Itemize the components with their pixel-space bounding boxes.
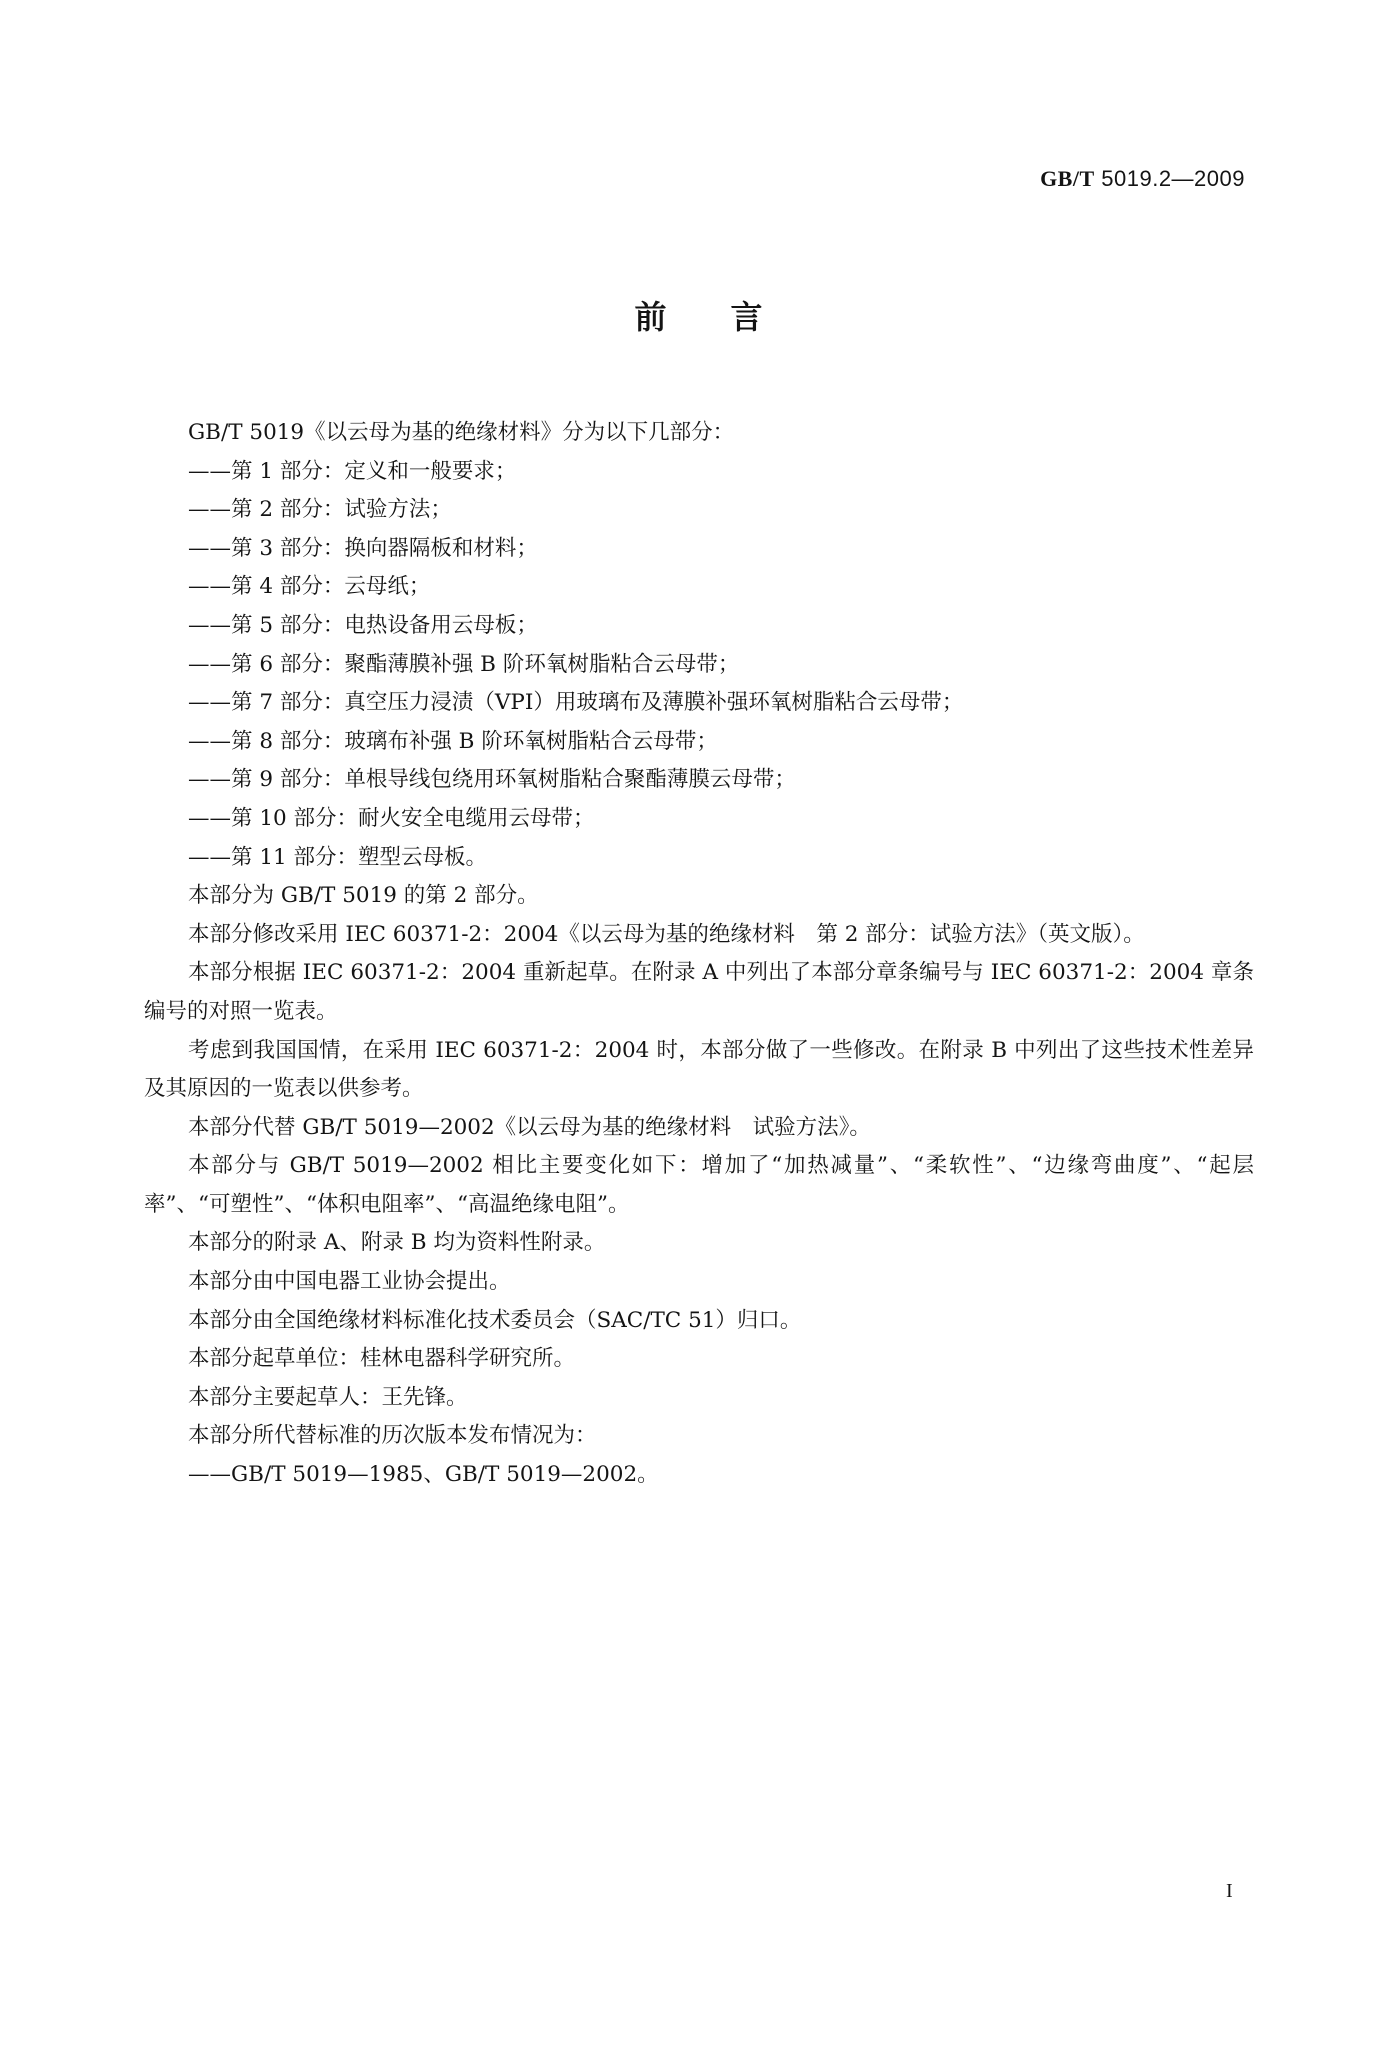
- part-list-item: ——第 4 部分：云母纸；: [144, 568, 1254, 607]
- part-statement: 本部分为 GB/T 5019 的第 2 部分。: [144, 877, 1254, 916]
- modification-statement: 考虑到我国国情，在采用 IEC 60371-2：2004 时，本部分做了一些修改…: [144, 1032, 1254, 1109]
- intro-paragraph: GB/T 5019《以云母为基的绝缘材料》分为以下几部分：: [144, 414, 1254, 453]
- part-list-item: ——第 11 部分：塑型云母板。: [144, 839, 1254, 878]
- standard-prefix: GB/T: [1040, 166, 1095, 191]
- part-list-item: ——第 10 部分：耐火安全电缆用云母带；: [144, 800, 1254, 839]
- history-statement: 本部分所代替标准的历次版本发布情况为：: [144, 1417, 1254, 1456]
- changes-statement: 本部分与 GB/T 5019—2002 相比主要变化如下：增加了“加热减量”、“…: [144, 1147, 1254, 1224]
- proposer-statement: 本部分由中国电器工业协会提出。: [144, 1263, 1254, 1302]
- part-list-item: ——第 6 部分：聚酯薄膜补强 B 阶环氧树脂粘合云母带；: [144, 646, 1254, 685]
- part-list-item: ——第 5 部分：电热设备用云母板；: [144, 607, 1254, 646]
- standard-number: 5019.2—2009: [1101, 166, 1245, 191]
- page-title: 前言: [0, 292, 1397, 338]
- drafter-statement: 本部分主要起草人：王先锋。: [144, 1379, 1254, 1418]
- part-list-item: ——第 2 部分：试验方法；: [144, 491, 1254, 530]
- part-list-item: ——第 3 部分：换向器隔板和材料；: [144, 530, 1254, 569]
- drafting-unit-statement: 本部分起草单位：桂林电器科学研究所。: [144, 1340, 1254, 1379]
- history-list-item: ——GB/T 5019—1985、GB/T 5019—2002。: [144, 1456, 1254, 1495]
- part-list-item: ——第 1 部分：定义和一般要求；: [144, 453, 1254, 492]
- replacement-statement: 本部分代替 GB/T 5019—2002《以云母为基的绝缘材料 试验方法》。: [144, 1109, 1254, 1148]
- part-list-item: ——第 7 部分：真空压力浸渍（VPI）用玻璃布及薄膜补强环氧树脂粘合云母带；: [144, 684, 1254, 723]
- part-list-item: ——第 9 部分：单根导线包绕用环氧树脂粘合聚酯薄膜云母带；: [144, 761, 1254, 800]
- part-list-item: ——第 8 部分：玻璃布补强 B 阶环氧树脂粘合云母带；: [144, 723, 1254, 762]
- annex-statement: 本部分的附录 A、附录 B 均为资料性附录。: [144, 1224, 1254, 1263]
- adoption-statement: 本部分修改采用 IEC 60371-2：2004《以云母为基的绝缘材料 第 2 …: [144, 916, 1254, 955]
- standard-code: GB/T 5019.2—2009: [1040, 166, 1245, 192]
- technical-committee-statement: 本部分由全国绝缘材料标准化技术委员会（SAC/TC 51）归口。: [144, 1302, 1254, 1341]
- foreword-body: GB/T 5019《以云母为基的绝缘材料》分为以下几部分： ——第 1 部分：定…: [144, 414, 1254, 1495]
- redraft-statement: 本部分根据 IEC 60371-2：2004 重新起草。在附录 A 中列出了本部…: [144, 954, 1254, 1031]
- page-number: I: [1226, 1880, 1233, 1903]
